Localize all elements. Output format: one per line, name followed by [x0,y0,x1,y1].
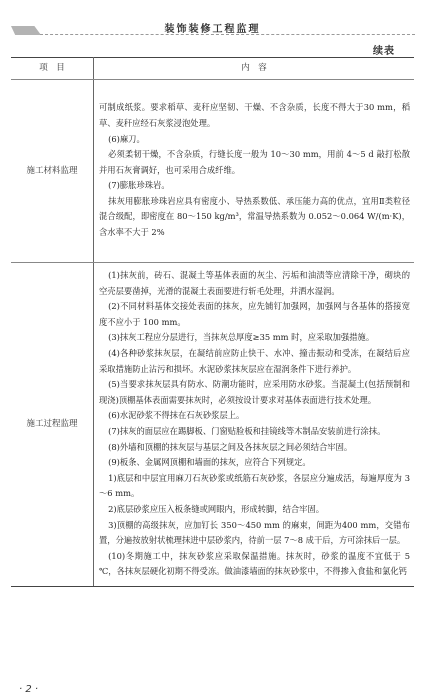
row-item-label: 施工过程监理 [11,263,94,587]
item-name: 施工材料监理 [26,166,77,176]
row-item-label: 施工材料监理 [11,80,94,263]
paragraph: 2)底层砂浆应压入板条缝或网眼内，形成转脚，结合牢固。 [99,502,410,518]
table-row: 施工过程监理 (1)抹灰前，砖石、混凝土等基体表面的灰尘、污垢和油渍等应清除干净… [11,263,414,587]
row-content: (1)抹灰前，砖石、混凝土等基体表面的灰尘、污垢和油渍等应清除干净，砌块的空壳层… [94,263,415,587]
paragraph: (7)抹灰的面层应在踢脚板、门窗贴脸板和挂镜线等木制品安装前进行涂抹。 [99,424,410,440]
paragraph: 必须柔韧干燥，不含杂质，行缝长度一般为 10～30 mm，用前 4～5 d 敲打… [99,147,410,178]
item-name: 施工过程监理 [26,419,77,429]
header-item: 项 目 [11,58,94,80]
paragraph: 1)底层和中层宜用麻刀石灰砂浆或纸筋石灰砂浆，各层应分遍成活，每遍厚度为 3～6… [99,471,410,502]
paragraph: 抹灰用膨胀珍珠岩应具有密度小、导热系数低、承压能力高的优点，宜用Ⅱ类粒径混合级配… [99,194,410,241]
paragraph: (1)抹灰前，砖石、混凝土等基体表面的灰尘、污垢和油渍等应清除干净，砌块的空壳层… [99,268,410,299]
continued-label: 续表 [373,42,395,57]
content-table: 项 目 内 容 施工材料监理 可制成纸浆。要求稻草、麦秆应坚韧、干燥、不含杂质，… [11,57,414,587]
table-row: 施工材料监理 可制成纸浆。要求稻草、麦秆应坚韧、干燥、不含杂质，长度不得大于30… [11,80,414,263]
paragraph: (2)不同材料基体交接处表面的抹灰，应先铺钉加强网，加强网与各基体的搭接宽度不应… [99,299,410,330]
paragraph: (7)膨胀珍珠岩。 [99,178,410,194]
paragraph: (3)抹灰工程应分层进行，当抹灰总厚度≥35 mm 时，应采取加强措施。 [99,330,410,346]
paragraph: (9)板条、金属网顶棚和墙面的抹灰，应符合下列规定。 [99,455,410,471]
paragraph: (8)外墙和顶棚的抹灰层与基层之间及各抹灰层之间必须结合牢固。 [99,440,410,456]
running-title: 装饰装修工程监理 [0,20,425,35]
paragraph: 可制成纸浆。要求稻草、麦秆应坚韧、干燥、不含杂质，长度不得大于30 mm，稻草、… [99,100,410,131]
paragraph: (10)冬期施工中，抹灰砂浆应采取保温措施。抹灰时，砂浆的温度不宜低于 5 ℃，… [99,549,410,580]
paragraph: (4)各种砂浆抹灰层，在凝结前应防止快干、水冲、撞击振动和受冻，在凝结后应采取措… [99,346,410,377]
header-content: 内 容 [94,58,415,80]
paragraph: (6)麻刀。 [99,132,410,148]
page-number: · 2 · [19,684,38,695]
paragraph: 3)顶棚的高级抹灰，应加钉长 350～450 mm 的麻束，间距为400 mm，… [99,518,410,549]
row-content: 可制成纸浆。要求稻草、麦秆应坚韧、干燥、不含杂质，长度不得大于30 mm，稻草、… [94,80,415,263]
paragraph: (6)水泥砂浆不得抹在石灰砂浆层上。 [99,408,410,424]
table-header-row: 项 目 内 容 [11,58,414,80]
paragraph: (5)当要求抹灰层具有防水、防潮功能时，应采用防水砂浆。当混凝土(包括预制和现浇… [99,377,410,408]
